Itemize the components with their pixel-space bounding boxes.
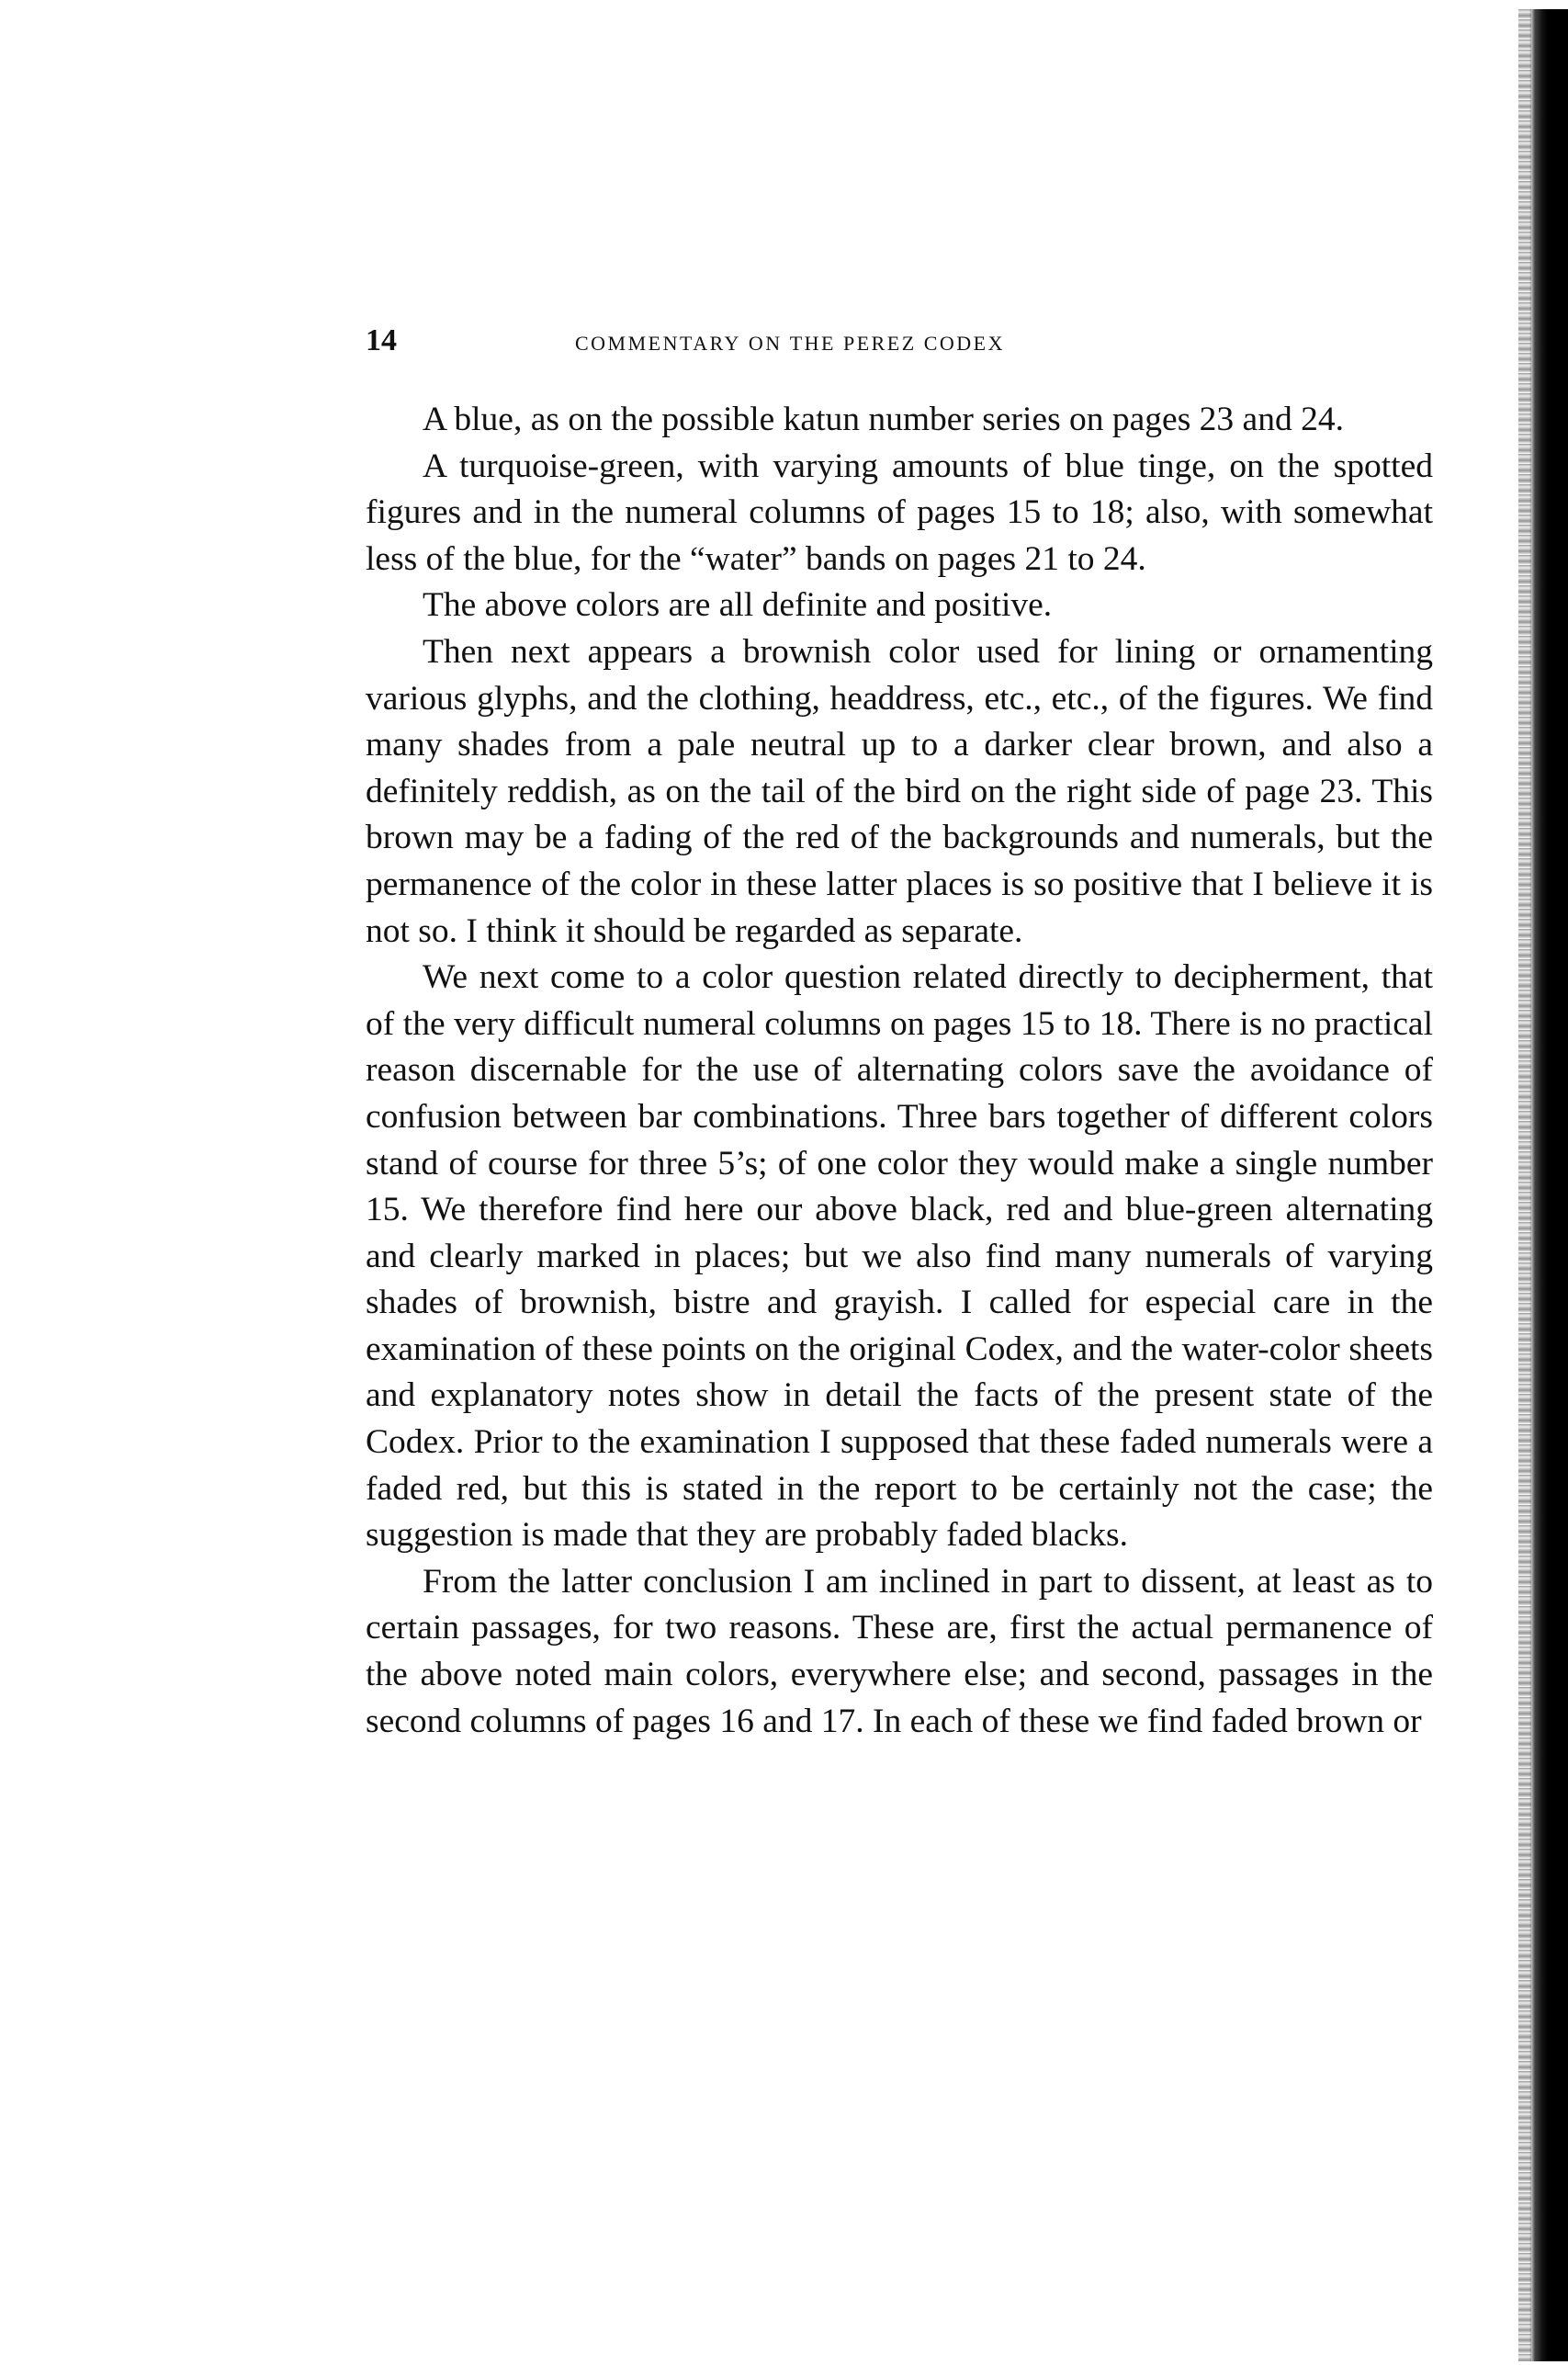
paragraph-blue: A blue, as on the possible katun number … [366,397,1433,444]
paragraph-brownish-color: Then next appears a brownish color used … [366,629,1433,955]
running-head: 14 COMMENTARY ON THE PEREZ CODEX [366,323,1433,360]
paragraph-colors-definite: The above colors are all definite and po… [366,583,1433,629]
paragraph-dissent: From the latter conclusion I am inclined… [366,1559,1433,1745]
paragraph-turquoise-green: A turquoise-green, with varying amounts … [366,444,1433,583]
book-page: 14 COMMENTARY ON THE PEREZ CODEX A blue,… [0,0,1568,2365]
page-number: 14 [366,323,575,358]
page-binding-edge [1529,9,1568,2361]
running-title: COMMENTARY ON THE PEREZ CODEX [575,324,1005,357]
body-text: A blue, as on the possible katun number … [366,397,1433,1745]
paragraph-numeral-columns: We next come to a color question related… [366,955,1433,1559]
